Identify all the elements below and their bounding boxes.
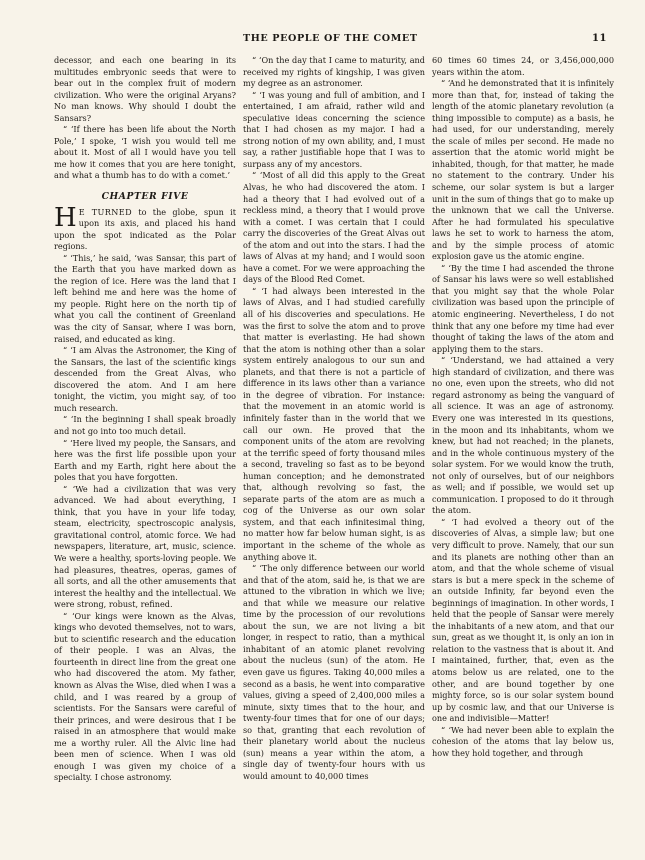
paragraph: “ ‘By the time I had ascended the throne… [432,263,614,355]
running-title: THE PEOPLE OF THE COMET [243,33,418,44]
paragraph: “ ‘If there has been life about the Nort… [54,124,236,182]
paragraph: “ ‘The only difference between our world… [243,563,425,782]
paragraph: “ ‘I had evolved a theory out of the dis… [432,517,614,725]
paragraph: “ ‘I had always been interested in the l… [243,286,425,563]
book-page: THE PEOPLE OF THE COMET 11 decessor, and… [0,0,645,860]
paragraph: “ ‘Understand, we had attained a very hi… [432,355,614,517]
drop-cap: H [54,208,77,229]
text-column-2: “ ‘On the day that I came to maturity, a… [243,55,425,782]
paragraph: “ ‘This,’ he said, ‘was Sansar, this par… [54,253,236,345]
paragraph: 60 times 60 times 24, or 3,456,000,000 y… [432,55,614,78]
chapter-heading: CHAPTER FIVE [54,191,236,203]
opening-smallcaps: E TURNED [79,207,132,217]
paragraph: “ ‘We had never been able to explain the… [432,725,614,760]
paragraph: “ ‘I am Alvas the Astronomer, the King o… [54,345,236,414]
chapter-opening-paragraph: HE TURNED to the globe, spun it upon its… [54,207,236,253]
paragraph: “ ‘I was young and full of ambition, and… [243,90,425,171]
paragraph: “ ‘We had a civilization that was very a… [54,484,236,611]
paragraph: decessor, and each one bearing in its mu… [54,55,236,124]
paragraph: “ ‘And he demonstrated that it is infini… [432,78,614,263]
paragraph: “ ‘In the beginning I shall speak broadl… [54,414,236,437]
running-header: THE PEOPLE OF THE COMET 11 [0,33,645,47]
text-column-3: 60 times 60 times 24, or 3,456,000,000 y… [432,55,614,759]
paragraph: “ ‘Most of all did this apply to the Gre… [243,170,425,285]
page-number: 11 [592,33,607,44]
paragraph: “ ‘Our kings were known as the Alvas, ki… [54,611,236,784]
paragraph: “ ‘Here lived my people, the Sansars, an… [54,438,236,484]
text-column-1: decessor, and each one bearing in its mu… [54,55,236,784]
paragraph: “ ‘On the day that I came to maturity, a… [243,55,425,90]
